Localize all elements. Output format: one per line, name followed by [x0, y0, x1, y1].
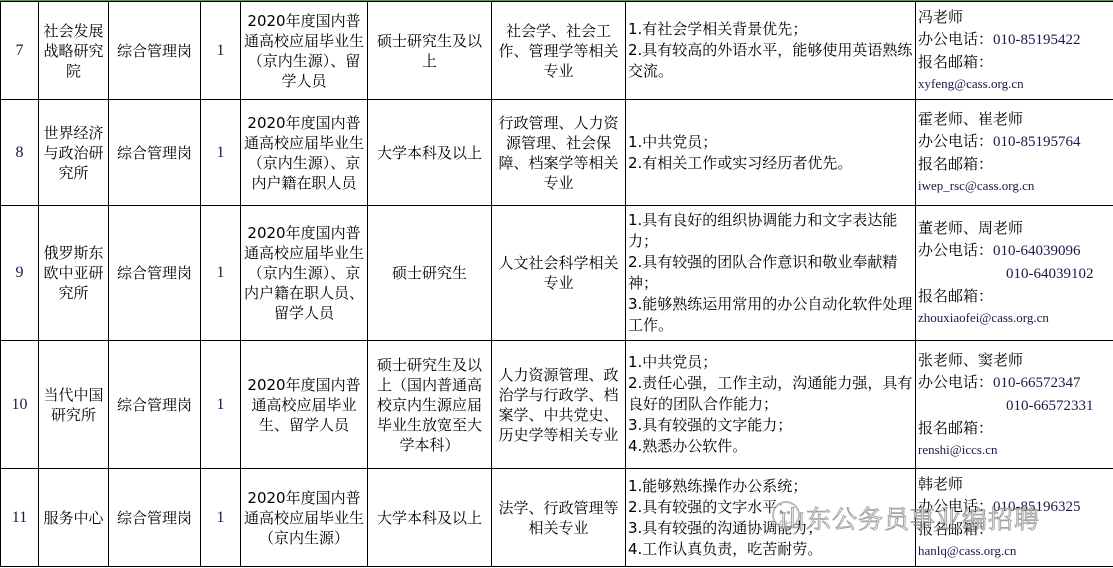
email-label: 报名邮箱： — [918, 518, 1113, 540]
other-requirements: 1.中共党员； 2.有相关工作或实习经历者优先。 — [626, 100, 916, 206]
contact-info: 韩老师 办公电话：010-85196325 报名邮箱： hanlq@cass.o… — [916, 469, 1113, 567]
major-requirement: 人力资源管理、政治学与行政学、档案学、中共党史、历史学等相关专业 — [492, 341, 626, 469]
major-requirement: 法学、行政管理等相关专业 — [492, 469, 626, 567]
major-requirement: 社会学、社会工作、管理学等相关专业 — [492, 2, 626, 100]
phone-label: 办公电话： — [918, 241, 993, 259]
position-name: 综合管理岗 — [109, 469, 201, 567]
email-address[interactable]: iwep_rsc@cass.org.cn — [918, 175, 1113, 197]
education-requirement: 大学本科及以上 — [368, 469, 492, 567]
major-requirement: 行政管理、人力资源管理、社会保障、档案学等相关专业 — [492, 100, 626, 206]
email-address[interactable]: hanlq@cass.org.cn — [918, 540, 1113, 562]
phone-number: 010-64039096 — [993, 243, 1081, 259]
email-address[interactable]: xyfeng@cass.org.cn — [918, 73, 1113, 95]
position-name: 综合管理岗 — [109, 2, 201, 100]
email-address[interactable]: renshi@iccs.cn — [918, 439, 1113, 461]
requirement-item: 2.具有较强的文字水平； — [628, 497, 913, 518]
candidate-source: 2020年度国内普通高校应届毕业生（京内生源） — [241, 469, 368, 567]
phone-label: 办公电话： — [918, 132, 993, 150]
unit-name: 世界经济与政治研究所 — [39, 100, 109, 206]
requirement-item: 4.工作认真负责，吃苦耐劳。 — [628, 539, 913, 560]
candidate-source: 2020年度国内普通高校应届毕业生、留学人员 — [241, 341, 368, 469]
contact-info: 张老师、窦老师 办公电话：010-66572347 010-66572331 报… — [916, 341, 1113, 469]
email-label: 报名邮箱： — [918, 51, 1113, 73]
headcount: 1 — [201, 341, 241, 469]
email-address[interactable]: zhouxiaofei@cass.org.cn — [918, 307, 1113, 329]
requirement-item: 2.责任心强，工作主动，沟通能力强，具有良好的团队合作能力； — [628, 373, 913, 415]
unit-name: 社会发展战略研究院 — [39, 2, 109, 100]
email-label: 报名邮箱： — [918, 285, 1113, 307]
table-row: 9 俄罗斯东欧中亚研究所 综合管理岗 1 2020年度国内普通高校应届毕业生（京… — [1, 206, 1113, 341]
phone-number: 010-85196325 — [993, 499, 1081, 515]
contact-name: 张老师、窦老师 — [918, 349, 1113, 371]
table-row: 8 世界经济与政治研究所 综合管理岗 1 2020年度国内普通高校应届毕业生（京… — [1, 100, 1113, 206]
contact-info: 冯老师 办公电话：010-85195422 报名邮箱： xyfeng@cass.… — [916, 2, 1113, 100]
headcount: 1 — [201, 100, 241, 206]
requirement-item: 1.能够熟练操作办公系统； — [628, 476, 913, 497]
table-row: 11 服务中心 综合管理岗 1 2020年度国内普通高校应届毕业生（京内生源） … — [1, 469, 1113, 567]
other-requirements: 1.有社会学相关背景优先； 2.具有较高的外语水平，能够使用英语熟练交流。 — [626, 2, 916, 100]
email-label: 报名邮箱： — [918, 153, 1113, 175]
contact-info: 董老师、周老师 办公电话：010-64039096 010-64039102 报… — [916, 206, 1113, 341]
requirement-item: 1.有社会学相关背景优先； — [628, 19, 913, 40]
major-requirement: 人文社会科学相关专业 — [492, 206, 626, 341]
position-name: 综合管理岗 — [109, 206, 201, 341]
unit-name: 当代中国研究所 — [39, 341, 109, 469]
requirement-item: 1.具有良好的组织协调能力和文字表达能力； — [628, 210, 913, 252]
candidate-source: 2020年度国内普通高校应届毕业生（京内生源）、京内户籍在职人员、留学人员 — [241, 206, 368, 341]
requirement-item: 4.熟悉办公软件。 — [628, 436, 913, 457]
phone-label: 办公电话： — [918, 497, 993, 515]
other-requirements: 1.能够熟练操作办公系统； 2.具有较强的文字水平； 3.具有较强的沟通协调能力… — [626, 469, 916, 567]
phone-number: 010-64039102 — [1006, 266, 1094, 282]
phone-label: 办公电话： — [918, 30, 993, 48]
requirement-item: 3.具有较强的沟通协调能力； — [628, 518, 913, 539]
headcount: 1 — [201, 2, 241, 100]
unit-name: 俄罗斯东欧中亚研究所 — [39, 206, 109, 341]
other-requirements: 1.具有良好的组织协调能力和文字表达能力； 2.具有较强的团队合作意识和敬业奉献… — [626, 206, 916, 341]
table-row: 7 社会发展战略研究院 综合管理岗 1 2020年度国内普通高校应届毕业生（京内… — [1, 2, 1113, 100]
requirement-item: 2.有相关工作或实习经历者优先。 — [628, 153, 913, 174]
contact-name: 冯老师 — [918, 6, 1113, 28]
requirement-item: 1.中共党员； — [628, 352, 913, 373]
contact-info: 霍老师、崔老师 办公电话：010-85195764 报名邮箱： iwep_rsc… — [916, 100, 1113, 206]
phone-number: 010-66572331 — [1006, 398, 1094, 414]
contact-name: 董老师、周老师 — [918, 217, 1113, 239]
contact-name: 霍老师、崔老师 — [918, 108, 1113, 130]
row-number: 10 — [1, 341, 39, 469]
wechat-icon — [772, 501, 800, 529]
unit-name: 服务中心 — [39, 469, 109, 567]
other-requirements: 1.中共党员； 2.责任心强，工作主动，沟通能力强，具有良好的团队合作能力； 3… — [626, 341, 916, 469]
education-requirement: 大学本科及以上 — [368, 100, 492, 206]
education-requirement: 硕士研究生及以上（国内普通高校京内生源应届毕业生放宽至大学本科） — [368, 341, 492, 469]
contact-name: 韩老师 — [918, 473, 1113, 495]
row-number: 9 — [1, 206, 39, 341]
requirement-item: 3.能够熟练运用常用的办公自动化软件处理工作。 — [628, 294, 913, 336]
phone-number: 010-66572347 — [993, 375, 1081, 391]
candidate-source: 2020年度国内普通高校应届毕业生（京内生源）、留学人员 — [241, 2, 368, 100]
phone-number: 010-85195422 — [993, 32, 1081, 48]
row-number: 8 — [1, 100, 39, 206]
table-row: 10 当代中国研究所 综合管理岗 1 2020年度国内普通高校应届毕业生、留学人… — [1, 341, 1113, 469]
education-requirement: 硕士研究生 — [368, 206, 492, 341]
row-number: 11 — [1, 469, 39, 567]
position-name: 综合管理岗 — [109, 341, 201, 469]
position-name: 综合管理岗 — [109, 100, 201, 206]
email-label: 报名邮箱： — [918, 417, 1113, 439]
candidate-source: 2020年度国内普通高校应届毕业生（京内生源）、京内户籍在职人员 — [241, 100, 368, 206]
headcount: 1 — [201, 206, 241, 341]
recruitment-table: 7 社会发展战略研究院 综合管理岗 1 2020年度国内普通高校应届毕业生（京内… — [0, 1, 1113, 567]
phone-number: 010-85195764 — [993, 134, 1081, 150]
requirement-item: 3.具有较强的文字能力； — [628, 415, 913, 436]
row-number: 7 — [1, 2, 39, 100]
phone-label: 办公电话： — [918, 373, 993, 391]
requirement-item: 2.具有较高的外语水平，能够使用英语熟练交流。 — [628, 40, 913, 82]
requirement-item: 2.具有较强的团队合作意识和敬业奉献精神； — [628, 252, 913, 294]
requirement-item: 1.中共党员； — [628, 132, 913, 153]
headcount: 1 — [201, 469, 241, 567]
education-requirement: 硕士研究生及以上 — [368, 2, 492, 100]
